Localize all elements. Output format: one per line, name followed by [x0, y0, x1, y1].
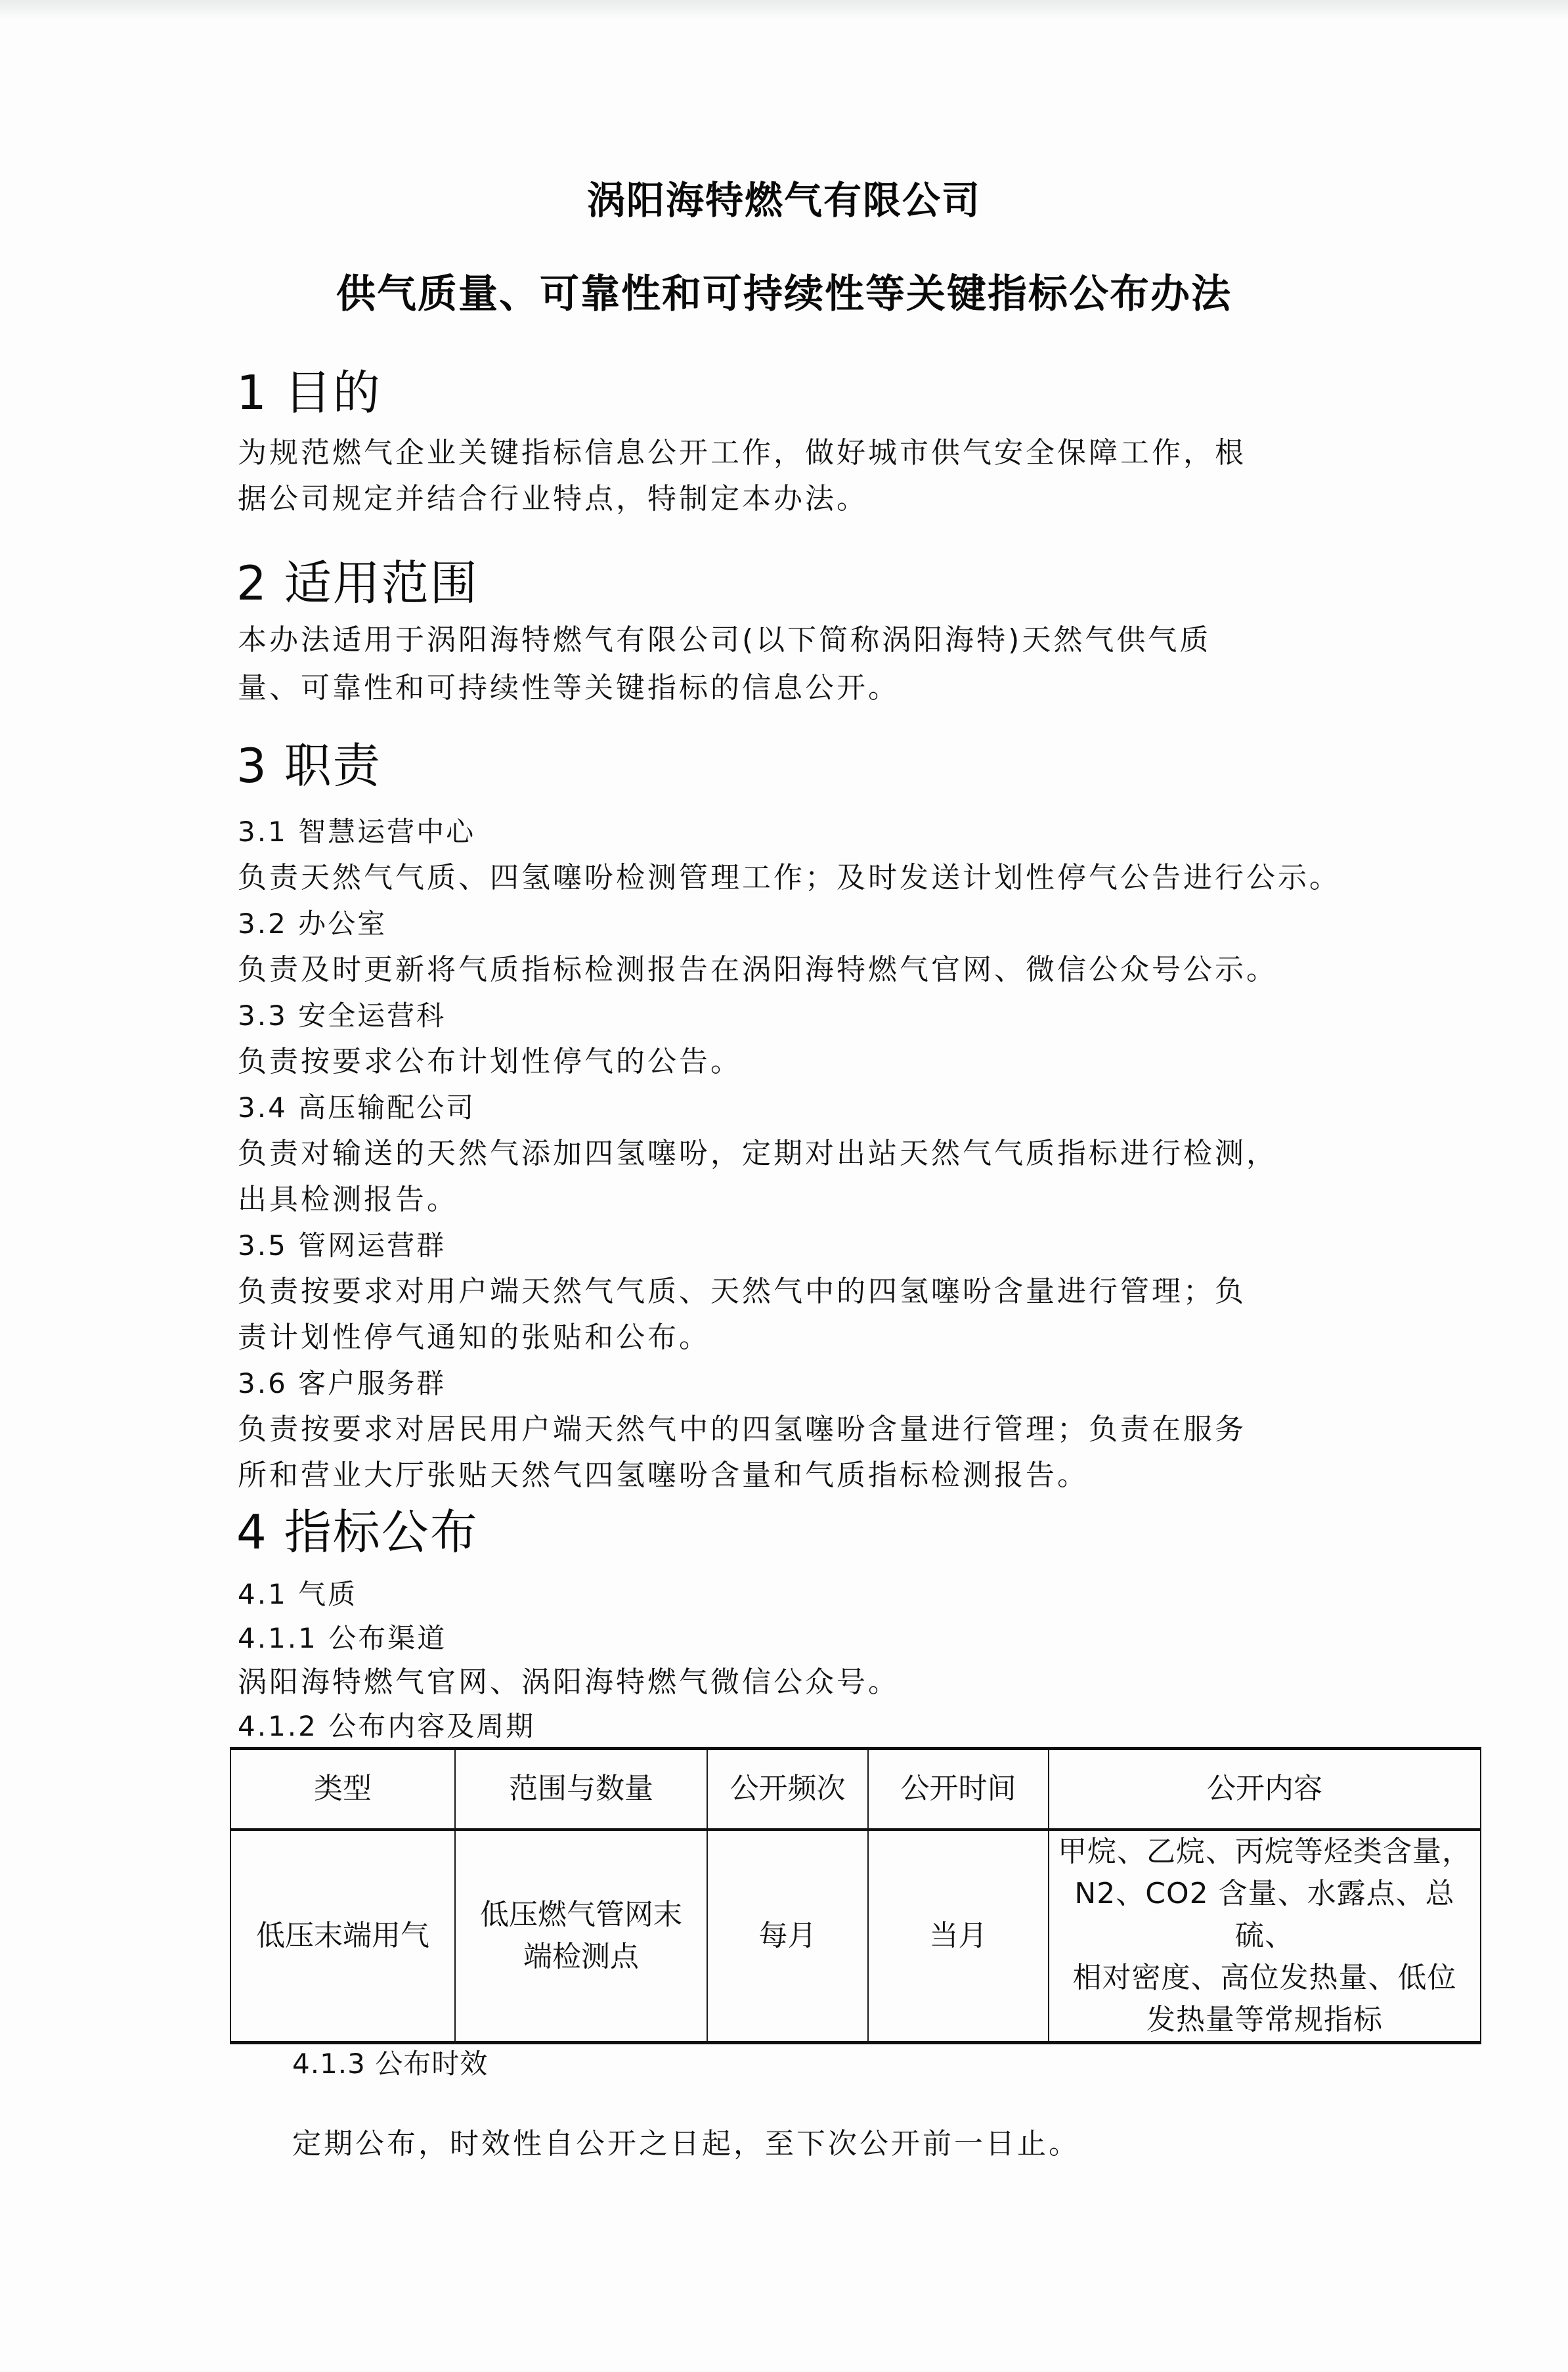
resp-3-5-title: 3.5 管网运营群: [238, 1223, 446, 1269]
resp-3-6-line-2: 所和营业大厅张贴天然气四氢噻吩含量和气质指标检测报告。: [238, 1453, 1089, 1499]
section-heading-purpose: 1 目的: [236, 355, 381, 423]
resp-3-4-line-2: 出具检测报告。: [238, 1177, 458, 1223]
publication-channels: 涡阳海特燃气官网、涡阳海特燃气微信公众号。: [238, 1659, 900, 1705]
cell-content-line-1: 甲烷、乙烷、丙烷等烃类含量，: [1055, 1831, 1475, 1873]
cell-scope: 低压燃气管网末 端检测点: [455, 1830, 707, 2043]
resp-3-1-line-1: 负责天然气气质、四氢噻吩检测管理工作；及时发送计划性停气公告进行公示。: [238, 855, 1341, 901]
company-title: 涡阳海特燃气有限公司: [0, 169, 1568, 225]
col-header-content: 公开内容: [1049, 1749, 1481, 1830]
table-header-row: 类型 范围与数量 公开频次 公开时间 公开内容: [230, 1749, 1481, 1830]
col-header-scope: 范围与数量: [455, 1749, 707, 1830]
section-heading-scope: 2 适用范围: [236, 545, 479, 613]
section-heading-responsibilities: 3 职责: [236, 728, 381, 796]
cell-content-line-2: N2、CO2 含量、水露点、总硫、: [1055, 1873, 1475, 1957]
resp-3-2-title: 3.2 办公室: [238, 901, 387, 947]
document-title: 供气质量、可靠性和可持续性等关键指标公布办法: [0, 263, 1568, 319]
cell-frequency: 每月: [707, 1830, 868, 2043]
cell-content: 甲烷、乙烷、丙烷等烃类含量， N2、CO2 含量、水露点、总硫、 相对密度、高位…: [1049, 1830, 1481, 2043]
scope-line-1: 本办法适用于涡阳海特燃气有限公司(以下简称涡阳海特)天然气供气质: [238, 617, 1211, 663]
resp-3-6-title: 3.6 客户服务群: [238, 1361, 446, 1407]
subsection-4-1: 4.1 气质: [238, 1571, 357, 1617]
resp-3-4-title: 3.4 高压输配公司: [238, 1085, 475, 1131]
subsection-4-1-3: 4.1.3 公布时效: [292, 2041, 488, 2087]
cell-scope-line-1: 低压燃气管网末: [461, 1894, 701, 1936]
purpose-line-1: 为规范燃气企业关键指标信息公开工作，做好城市供气安全保障工作，根: [238, 430, 1246, 476]
cell-time: 当月: [868, 1830, 1049, 2043]
resp-3-4-line-1: 负责对输送的天然气添加四氢噻吩，定期对出站天然气气质指标进行检测，: [238, 1131, 1278, 1177]
table-row: 低压末端用气 低压燃气管网末 端检测点 每月 当月 甲烷、乙烷、丙烷等烃类含量，…: [230, 1830, 1481, 2043]
resp-3-5-line-2: 责计划性停气通知的张贴和公布。: [238, 1315, 710, 1361]
resp-3-5-line-1: 负责按要求对用户端天然气气质、天然气中的四氢噻吩含量进行管理；负: [238, 1269, 1246, 1315]
resp-3-1-title: 3.1 智慧运营中心: [238, 809, 475, 855]
purpose-line-2: 据公司规定并结合行业特点，特制定本办法。: [238, 476, 868, 522]
resp-3-2-line-1: 负责及时更新将气质指标检测报告在涡阳海特燃气官网、微信公众号公示。: [238, 947, 1278, 993]
cell-scope-line-2: 端检测点: [461, 1936, 701, 1978]
publication-table: 类型 范围与数量 公开频次 公开时间 公开内容 低压末端用气 低压燃气管网末 端…: [230, 1747, 1481, 2044]
col-header-type: 类型: [230, 1749, 455, 1830]
cell-content-line-4: 发热量等常规指标: [1055, 1999, 1475, 2041]
subsection-4-1-1: 4.1.1 公布渠道: [238, 1615, 446, 1661]
col-header-time: 公开时间: [868, 1749, 1049, 1830]
scope-line-2: 量、可靠性和可持续性等关键指标的信息公开。: [238, 665, 900, 711]
publication-validity: 定期公布，时效性自公开之日起，至下次公开前一日止。: [292, 2121, 1080, 2167]
cell-type: 低压末端用气: [230, 1830, 455, 2043]
resp-3-3-line-1: 负责按要求公布计划性停气的公告。: [238, 1039, 742, 1085]
section-heading-indicator-publication: 4 指标公布: [236, 1494, 479, 1562]
resp-3-3-title: 3.3 安全运营科: [238, 993, 446, 1039]
resp-3-6-line-1: 负责按要求对居民用户端天然气中的四氢噻吩含量进行管理；负责在服务: [238, 1407, 1246, 1453]
cell-content-line-3: 相对密度、高位发热量、低位: [1055, 1957, 1475, 1999]
subsection-4-1-2: 4.1.2 公布内容及周期: [238, 1703, 535, 1749]
col-header-frequency: 公开频次: [707, 1749, 868, 1830]
scan-edge-shade: [0, 0, 1568, 20]
